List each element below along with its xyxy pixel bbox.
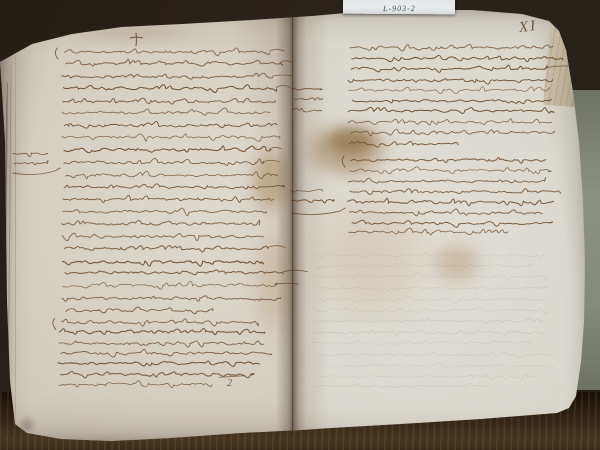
archival-slip: L-903-2 <box>343 0 455 14</box>
manuscript-photo: XI 2 L-903-2 <box>0 0 600 450</box>
book-inner-shadow <box>0 0 600 450</box>
open-book: XI 2 <box>0 0 600 450</box>
archival-slip-label: L-903-2 <box>383 3 416 14</box>
